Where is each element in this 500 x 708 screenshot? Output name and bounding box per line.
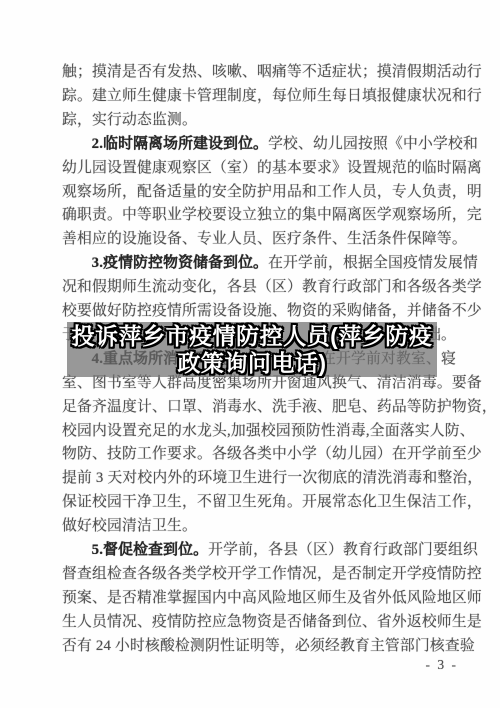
bold-item-lead: 3.疫情防控物资储备到位。 — [92, 255, 268, 271]
title-overlay: 投诉萍乡市疫情防控人员(萍乡防疫 政策询问电话) — [67, 322, 437, 377]
text-line: 观察场所，配备适量的安全防护用品和工作人员，专人负责，明 — [62, 184, 456, 202]
text-line: 督查组检查各级各类学校开学工作情况，是否制定开学疫情防控 — [62, 566, 456, 584]
line-text: 校园内设置充足的水龙头,加强校园预防性消毒,全面落实人防、 — [62, 423, 475, 439]
line-text: 触；摸清是否有发热、咳嗽、咽痛等不适症状；摸清假期活动行 — [62, 64, 482, 80]
line-text: 确职责。中等职业学校要设立独立的集中隔离医学观察场所，完 — [62, 207, 482, 223]
text-line: 保证校园干净卫生，不留卫生死角。开展常态化卫生保洁工作， — [62, 494, 456, 512]
bold-item-lead: 5.督促检查到位。 — [92, 542, 208, 558]
text-line: 5.督促检查到位。开学前，各县（区）教育行政部门要组织 — [62, 542, 456, 560]
line-text: 善相应的设施设备、专业人员、医疗条件、生活条件保障等。 — [62, 231, 467, 247]
overlay-title-line1: 投诉萍乡市疫情防控人员(萍乡防疫 — [72, 323, 433, 350]
line-text: 提前 3 天对校内外的环境卫生进行一次彻底的清洗消毒和整治， — [62, 470, 482, 486]
line-text: 否有 24 小时核酸检测阴性证明等，必须经教育主管部门核查验 — [62, 638, 475, 654]
page-number: - 3 - — [426, 657, 459, 673]
text-line: 触；摸清是否有发热、咳嗽、咽痛等不适症状；摸清假期活动行 — [62, 64, 456, 82]
text-line: 否有 24 小时核酸检测阴性证明等，必须经教育主管部门核查验 — [62, 638, 456, 656]
line-text: 保证校园干净卫生，不留卫生死角。开展常态化卫生保洁工作， — [62, 494, 482, 510]
text-line: 提前 3 天对校内外的环境卫生进行一次彻底的清洗消毒和整治， — [62, 470, 456, 488]
text-line: 生人员情况、疫情防控应急物资是否储备到位、省外返校师生是 — [62, 614, 456, 632]
text-line: 2.临时隔离场所建设到位。学校、幼儿园按照《中小学校和 — [62, 136, 456, 154]
line-text: 督查组检查各级各类学校开学工作情况，是否制定开学疫情防控 — [62, 566, 482, 582]
line-text: 开学前，各县（区）教育行政部门要组织 — [208, 542, 478, 558]
bold-item-lead: 2.临时隔离场所建设到位。 — [92, 136, 268, 152]
line-text: 做好校园清洁卫生。 — [62, 518, 197, 534]
scanned-document-page: 触；摸清是否有发热、咳嗽、咽痛等不适症状；摸清假期活动行踪。建立师生健康卡管理制… — [0, 0, 500, 708]
text-line: 确职责。中等职业学校要设立独立的集中隔离医学观察场所，完 — [62, 207, 456, 225]
line-text: 学校、幼儿园按照《中小学校和 — [268, 136, 478, 152]
line-text: 幼儿园设置健康观察区（室）的基本要求》设置规范的临时隔离 — [62, 160, 482, 176]
line-text: 预案、是否精准掌握国内中高风险地区师生及省外低风险地区师 — [62, 590, 482, 606]
line-text: 踪，实行动态监测。 — [62, 112, 197, 128]
text-line: 物防、技防工作要求。各级各类中小学（幼儿园）在开学前至少 — [62, 446, 456, 464]
line-text: 观察场所，配备适量的安全防护用品和工作人员，专人负责，明 — [62, 184, 482, 200]
text-line: 踪。建立师生健康卡管理制度，每位师生每日填报健康状况和行 — [62, 88, 456, 106]
text-line: 况和假期师生流动变化，各县（区）教育行政部门和各级各类学 — [62, 279, 456, 297]
line-text: 生人员情况、疫情防控应急物资是否储备到位、省外返校师生是 — [62, 614, 482, 630]
line-text: 室、图书室等人群高度密集场所开窗通风换气、清洁消毒。要备 — [62, 375, 482, 391]
line-text: 足备齐温度计、口罩、消毒水、洗手液、肥皂、药品等防护物资， — [62, 399, 497, 415]
text-line: 室、图书室等人群高度密集场所开窗通风换气、清洁消毒。要备 — [62, 375, 456, 393]
text-line: 幼儿园设置健康观察区（室）的基本要求》设置规范的临时隔离 — [62, 160, 456, 178]
text-line: 踪，实行动态监测。 — [62, 112, 456, 130]
line-text: 踪。建立师生健康卡管理制度，每位师生每日填报健康状况和行 — [62, 88, 482, 104]
line-text: 物防、技防工作要求。各级各类中小学（幼儿园）在开学前至少 — [62, 446, 482, 462]
text-line: 校园内设置充足的水龙头,加强校园预防性消毒,全面落实人防、 — [62, 423, 456, 441]
text-line: 校要做好防控疫情所需设备设施、物资的采购储备，并储备不少 — [62, 303, 456, 321]
text-line: 做好校园清洁卫生。 — [62, 518, 456, 536]
text-line: 3.疫情防控物资储备到位。在开学前，根据全国疫情发展情 — [62, 255, 456, 273]
overlay-title-line2: 政策询问电话) — [177, 350, 326, 377]
text-line: 足备齐温度计、口罩、消毒水、洗手液、肥皂、药品等防护物资， — [62, 399, 456, 417]
line-text: 况和假期师生流动变化，各县（区）教育行政部门和各级各类学 — [62, 279, 482, 295]
text-line: 善相应的设施设备、专业人员、医疗条件、生活条件保障等。 — [62, 231, 456, 249]
line-text: 校要做好防控疫情所需设备设施、物资的采购储备，并储备不少 — [62, 303, 482, 319]
text-line: 预案、是否精准掌握国内中高风险地区师生及省外低风险地区师 — [62, 590, 456, 608]
line-text: 在开学前，根据全国疫情发展情 — [268, 255, 478, 271]
